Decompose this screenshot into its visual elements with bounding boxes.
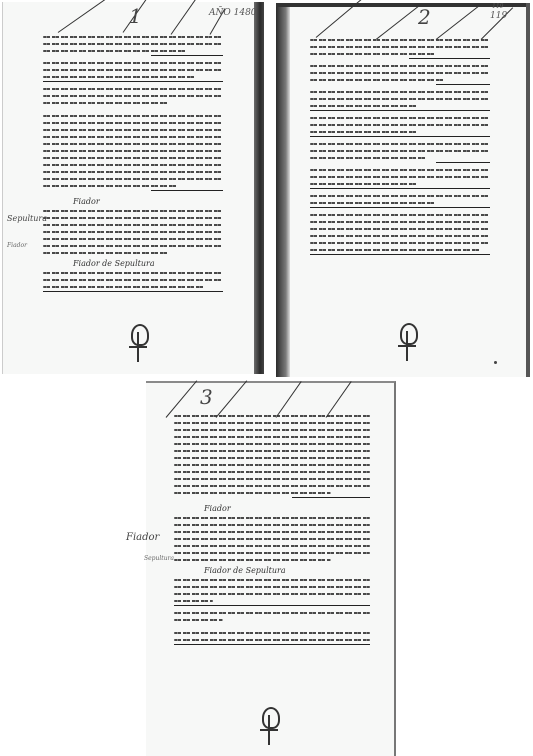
manuscript-text-block — [310, 39, 490, 261]
manuscript-page-2: 2 119 119 — [276, 3, 530, 377]
margin-note: Sepultura — [7, 214, 47, 223]
year-annotation: AÑO 1480 — [209, 8, 257, 18]
manuscript-page-1: 1 AÑO 1480 Fiador Fiador de Sepultura Se… — [2, 2, 264, 374]
pen-stroke — [58, 0, 112, 33]
manuscript-text-block: Fiador Fiador de Sepultura — [174, 415, 370, 651]
rubric-heading: Fiador — [73, 197, 223, 206]
page-number-mark: 3 — [200, 385, 213, 409]
pen-stroke — [171, 0, 198, 35]
rubric-heading: Fiador — [204, 504, 370, 513]
folio-number: 119 — [490, 11, 507, 21]
manuscript-text-block: Fiador Fiador de Sepultura — [43, 36, 223, 298]
page-right-edge — [526, 3, 530, 377]
page-binding-shadow — [276, 3, 290, 377]
manuscript-page-3: 3 Fiador Fiador de Sepultura Fiador Sepu… — [146, 381, 396, 756]
page-binding-shadow — [254, 2, 264, 374]
folio-number-small: 119 — [492, 3, 503, 10]
margin-note: Sepultura — [144, 555, 174, 562]
page-number-mark: 1 — [129, 4, 142, 28]
pen-stroke — [326, 381, 352, 418]
pen-stroke — [276, 381, 302, 418]
margin-note: Fiador — [7, 242, 41, 249]
scribe-signature-flourish — [127, 322, 149, 362]
scribe-signature-flourish — [396, 321, 418, 361]
pen-stroke — [216, 380, 248, 417]
paper-speck — [494, 361, 497, 364]
pen-stroke — [166, 380, 198, 417]
scribe-signature-flourish — [258, 705, 280, 745]
pen-stroke — [376, 5, 420, 40]
pen-stroke — [436, 5, 480, 40]
rubric-heading: Fiador de Sepultura — [73, 259, 223, 268]
rubric-heading: Fiador de Sepultura — [204, 566, 370, 575]
page-number-mark: 2 — [418, 5, 431, 29]
margin-note: Fiador — [126, 533, 159, 542]
